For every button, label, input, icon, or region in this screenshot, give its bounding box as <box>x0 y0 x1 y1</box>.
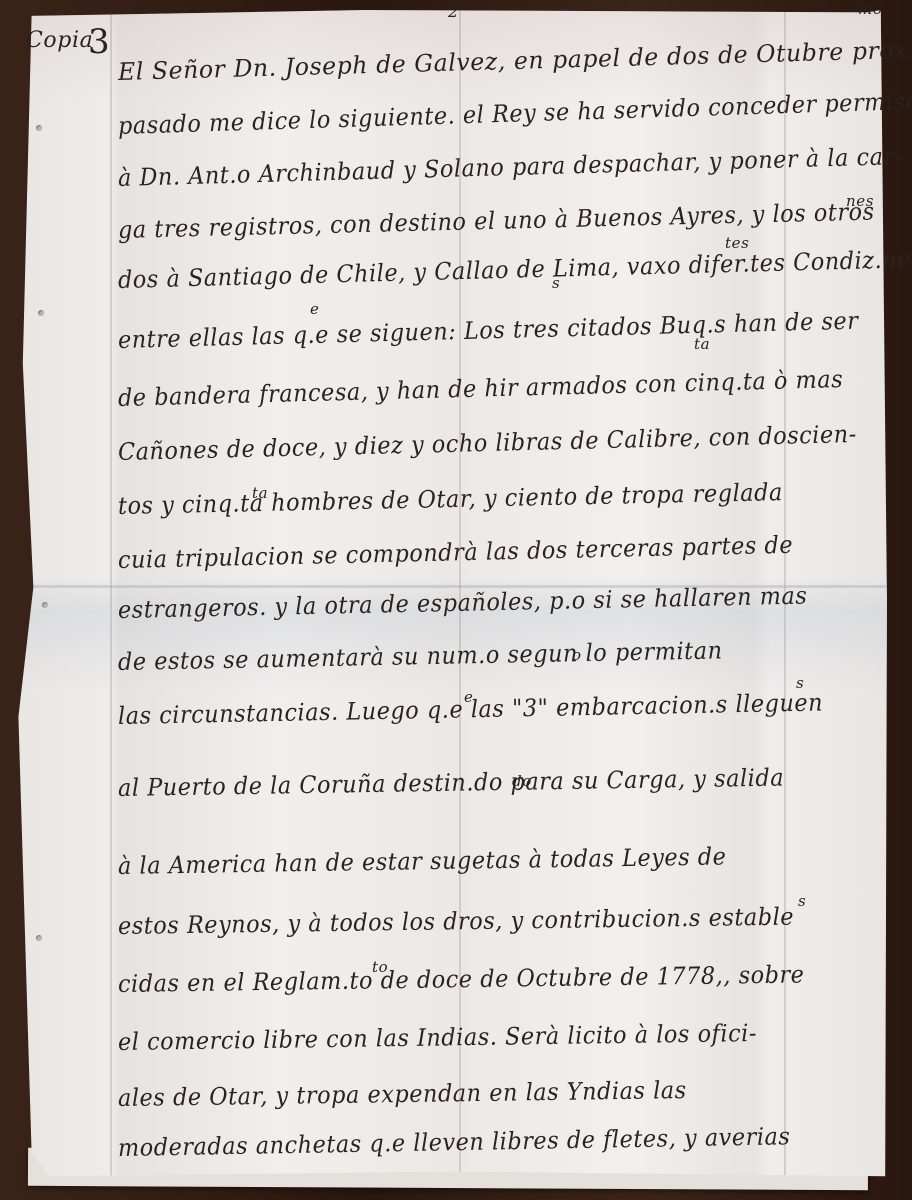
superscript-line-7: ta <box>694 335 710 353</box>
superscript-line-5b: nes <box>846 192 874 210</box>
superscript-line-16: s <box>798 892 806 910</box>
superscript-line-1: mo <box>858 0 882 18</box>
superscript-line-13b: s <box>796 674 804 692</box>
superscript-line-13a: e <box>464 688 473 706</box>
binding-hole <box>36 125 42 131</box>
superscript-line-6a: e <box>310 300 319 318</box>
margin-note-copia: Copia <box>26 28 93 53</box>
margin-numeral: 3 <box>88 22 110 62</box>
superscript-line-6b: s <box>552 274 560 292</box>
superscript-line-12: o <box>572 646 582 664</box>
superscript-line-5a: tes <box>725 234 749 252</box>
page-number: 2 <box>448 2 459 21</box>
superscript-line-14: do <box>512 772 532 790</box>
superscript-line-9: ta <box>252 484 268 502</box>
binding-hole <box>42 602 48 608</box>
binding-hole <box>38 310 44 316</box>
binding-hole <box>36 935 42 941</box>
superscript-line-17: to <box>372 958 388 976</box>
margin-fold <box>110 10 112 1188</box>
